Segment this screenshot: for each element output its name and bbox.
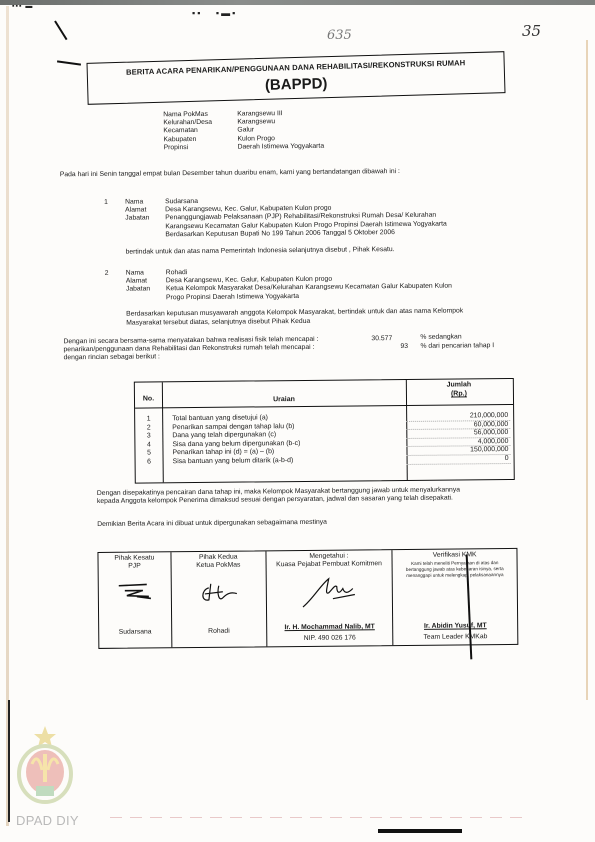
- signature-mark: [115, 580, 155, 602]
- identity-value: Karangsewu III: [237, 110, 282, 119]
- fund-usage-percent: 93: [400, 343, 408, 351]
- identity-row: PropinsiDaerah Istimewa Yogyakarta: [164, 143, 325, 153]
- cell-uraian: Sisa bantuan yang belum ditarik (a-b-d): [163, 456, 407, 467]
- column-header-uraian: Uraian: [162, 395, 406, 404]
- percent-suffix: % sedangkan: [420, 333, 461, 342]
- verification-note: Kami telah meneliti Pernyataan di atas d…: [393, 560, 517, 579]
- identity-value: Daerah Istimewa Yogyakarta: [238, 143, 325, 152]
- party1-position-line: Berdasarkan Keputusan Bupati No 199 Tahu…: [165, 229, 395, 239]
- scan-artifact-line: [110, 817, 530, 818]
- identity-value: Galur: [237, 127, 254, 135]
- cell-no: 2: [135, 424, 162, 433]
- signature-cell-verifikasi: Verifikasi KMK Kami telah meneliti Perny…: [393, 549, 518, 645]
- signature-cell-party1: Pihak Kesatu PJP Sudarsana: [98, 552, 172, 648]
- column-header-unit: (Rp.): [406, 390, 512, 398]
- closing-statement: Demikian Berita Acara ini dibuat untuk d…: [97, 519, 327, 529]
- cell-no: 4: [135, 441, 162, 450]
- column-header-no: No.: [135, 395, 162, 402]
- signatory-name: Rohadi: [172, 627, 266, 636]
- signature-cell-ppk: Mengetahui : Kuasa Pejabat Pembuat Komit…: [266, 550, 394, 646]
- party1-number: 1: [104, 199, 108, 207]
- statement-block: Dengan ini secara bersama-sama menyataka…: [63, 336, 318, 363]
- party2-position-line: Progo Propinsi Daerah Istimewa Yogyakart…: [166, 293, 299, 302]
- signature-mark: [299, 574, 359, 609]
- party2-number: 2: [105, 270, 109, 278]
- identity-value: Karangsewu: [237, 118, 275, 127]
- scan-artifact-bar: [378, 829, 462, 833]
- intro-text: Pada hari ini Senin tanggal empat bulan …: [60, 168, 400, 179]
- document-body: Nama PokMasKarangsewu III Kelurahan/Desa…: [0, 0, 595, 842]
- signatory-name: Ir. Abidin Yusuf, MT: [393, 622, 517, 632]
- fund-details-table: No. Uraian Jumlah (Rp.) 1Total bantuan y…: [134, 378, 515, 484]
- signature-cell-party2: Pihak Kedua Ketua PokMas Rohadi: [171, 551, 267, 647]
- identity-label: Propinsi: [164, 143, 238, 152]
- signatory-name: Ir. H. Mochammad Nalib, MT: [267, 623, 393, 633]
- percent-suffix: % dari pencarian tahap I: [420, 342, 494, 351]
- watermark-text: DPAD DIY: [16, 813, 79, 828]
- party1-closing: bertindak untuk dan atas nama Pemerintah…: [126, 246, 395, 257]
- cell-no: 5: [135, 450, 162, 459]
- cell-jumlah: 0: [407, 455, 511, 465]
- signatory-title: Team Leader KMKab: [394, 633, 518, 643]
- cell-no: 6: [136, 458, 163, 467]
- column-header-jumlah: Jumlah: [406, 381, 512, 389]
- party2-block: NamaRohadi AlamatDesa Karangsewu, Kec. G…: [126, 267, 452, 303]
- dpad-emblem-watermark: [14, 724, 76, 806]
- signatory-name: Sudarsana: [99, 628, 171, 637]
- physical-progress-percent: 30.577: [371, 335, 392, 343]
- identity-block: Nama PokMasKarangsewu III Kelurahan/Desa…: [163, 110, 324, 152]
- closing-paragraph: Dengan disepakatinya pencairan dana taha…: [97, 486, 460, 506]
- signature-role: Verifikasi KMK: [393, 551, 517, 561]
- signature-title: Ketua PokMas: [171, 562, 265, 571]
- signature-title: Kuasa Pejabat Pembuat Komitmen: [266, 561, 392, 571]
- party1-block: NamaSudarsana AlamatDesa Karangsewu, Kec…: [125, 196, 447, 240]
- party2-name: Rohadi: [166, 269, 188, 277]
- signature-title: PJP: [99, 563, 171, 572]
- party1-name: Sudarsana: [165, 198, 198, 207]
- signature-table: Pihak Kesatu PJP Sudarsana Pihak Kedua K…: [97, 548, 518, 649]
- party2-closing-line: Masyarakat tersebut diatas, selanjutnya …: [126, 317, 310, 327]
- cell-no: 3: [135, 433, 162, 442]
- statement-line: dengan rincian sebagai berikut :: [64, 352, 319, 363]
- table-body: 1Total bantuan yang disetujui (a)210,000…: [135, 412, 513, 467]
- cell-no: 1: [135, 415, 162, 424]
- signature-mark: [196, 580, 240, 606]
- signatory-nip: NIP. 490 026 176: [267, 634, 393, 644]
